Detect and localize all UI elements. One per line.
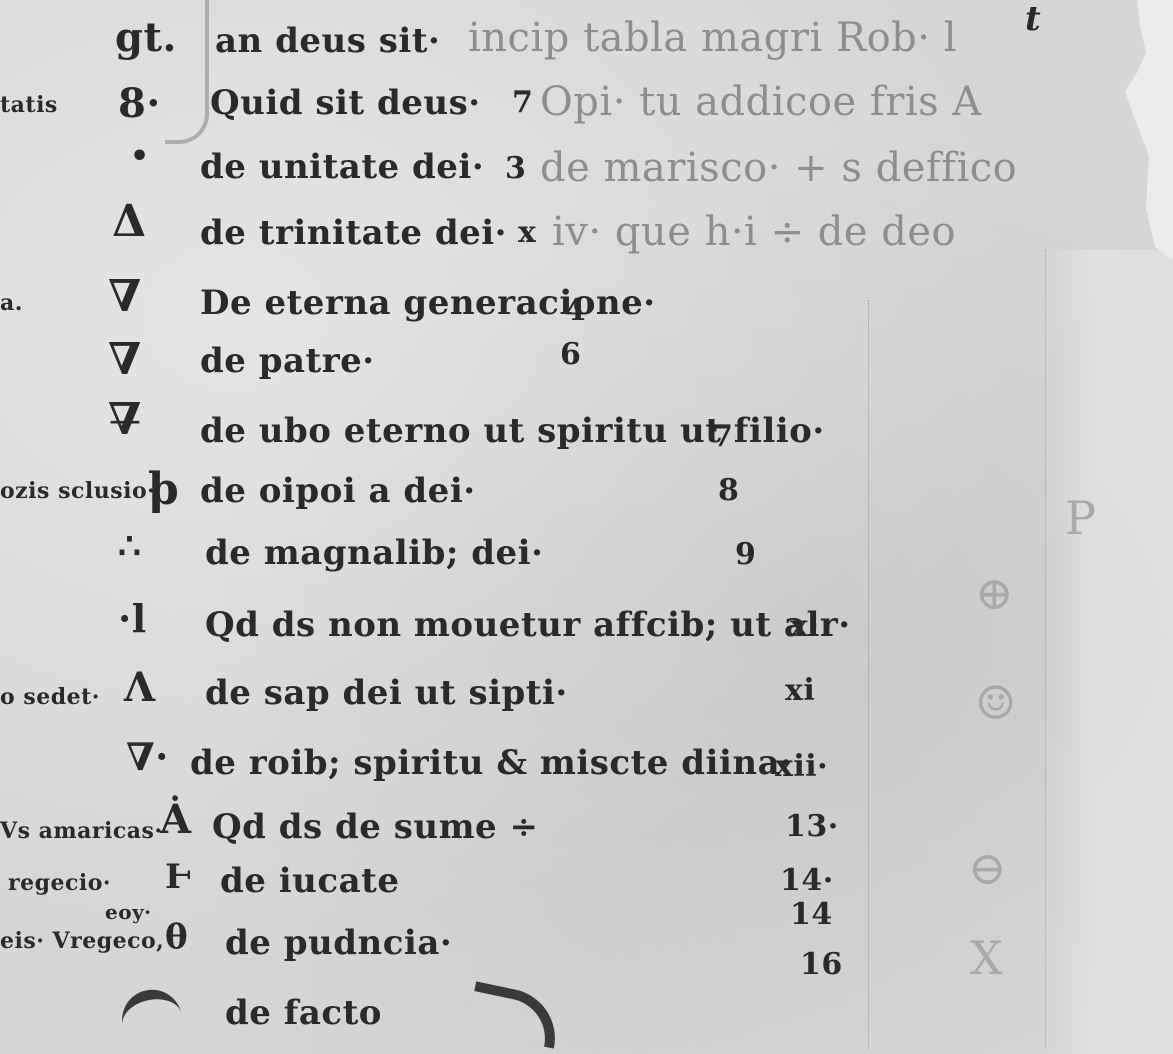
entry-text: de facto	[225, 996, 382, 1030]
ghost-mark: ☺	[975, 680, 1017, 726]
entry-symbol: gt.	[115, 18, 177, 58]
entry-text: de trinitate dei·	[200, 216, 507, 250]
ruling-line	[1045, 250, 1047, 1050]
entry-text: de iucate	[220, 864, 399, 898]
ghost-mark: ⊕	[975, 570, 1014, 616]
entry-symbol: Δ	[112, 200, 147, 244]
page-edge-shadow	[1043, 250, 1173, 1054]
decorative-flourish	[116, 984, 183, 1036]
entry-symbol: ∴	[118, 528, 141, 564]
margin-note: regecio·	[8, 872, 111, 894]
entry-number: xi	[785, 676, 815, 706]
entry-symbol: 8·	[118, 84, 161, 124]
entry-number: 7	[712, 422, 733, 452]
entry-text: de magnalib; dei·	[205, 536, 543, 570]
entry-number: xii·	[775, 752, 828, 782]
entry-text: De eterna generacione·	[200, 286, 656, 320]
entry-number: 6	[560, 340, 581, 370]
entry-number: 3	[505, 154, 526, 184]
entry-symbol: •	[130, 142, 150, 172]
entry-number: 4	[565, 296, 586, 326]
margin-note: eis· Vregeco,	[0, 930, 164, 952]
ghost-mark: ⊖	[968, 845, 1007, 891]
manuscript-page: incip tabla magri Rob· l Opi· tu addicoe…	[0, 0, 1173, 1054]
entry-symbol: Ȧ	[160, 800, 192, 840]
faded-header-line: iv· que h·i ÷ de deo	[552, 212, 956, 252]
faded-header-line: Opi· tu addicoe fris A	[540, 82, 982, 122]
entry-symbol: Ⱶ	[165, 860, 192, 894]
entry-text: de pudncia·	[225, 926, 452, 960]
entry-text: de oipoi a dei·	[200, 474, 476, 508]
entry-text: an deus sit·	[215, 24, 440, 58]
entry-text: Quid sit deus·	[210, 86, 481, 120]
faded-header-line: de marisco· + s deffico	[540, 148, 1017, 188]
entry-text: de unitate dei·	[200, 150, 484, 184]
ruling-line	[868, 300, 870, 1050]
ghost-mark: P	[1065, 495, 1096, 541]
margin-note: Vs amaricas·	[0, 820, 163, 842]
entry-number: 14·	[780, 866, 834, 896]
entry-symbol: θ	[165, 920, 188, 954]
margin-note: a.	[0, 292, 23, 314]
ghost-mark: X	[970, 935, 1003, 981]
entry-number: x	[518, 218, 536, 248]
entry-number: 8	[718, 476, 739, 506]
entry-symbol: ϸ	[148, 468, 179, 512]
faded-header-line: incip tabla magri Rob· l	[468, 18, 957, 58]
margin-note: o sedet·	[0, 686, 100, 708]
entry-number: 16	[800, 950, 843, 980]
entry-symbol: ·l	[118, 600, 147, 638]
entry-text: Qd ds non mouetur affcib; ut alr·	[205, 608, 851, 642]
entry-number: 7	[512, 88, 533, 118]
torn-edge	[1113, 0, 1173, 260]
entry-text: de roib; spiritu & miscte diina·	[190, 746, 792, 780]
entry-text: Qd ds de sume ÷	[212, 810, 539, 844]
entry-symbol: ∇·	[126, 738, 169, 776]
top-right-mark: t	[1025, 2, 1041, 36]
entry-symbol: ∇	[108, 338, 142, 382]
entry-symbol: ∇̶	[108, 398, 142, 442]
entry-symbol: ∇	[108, 275, 142, 319]
entry-number: 14	[790, 900, 833, 930]
entry-number: 13·	[785, 812, 839, 842]
decorative-flourish	[466, 981, 564, 1049]
entry-symbol: Λ	[124, 668, 156, 708]
entry-number: x·	[790, 612, 819, 642]
entry-number: 9	[735, 540, 756, 570]
margin-note: tatis	[0, 94, 58, 116]
margin-note: ozis sclusio·	[0, 480, 155, 502]
entry-text: de patre·	[200, 344, 375, 378]
entry-text: de sap dei ut sipti·	[205, 676, 568, 710]
margin-note: eoy·	[105, 902, 152, 922]
